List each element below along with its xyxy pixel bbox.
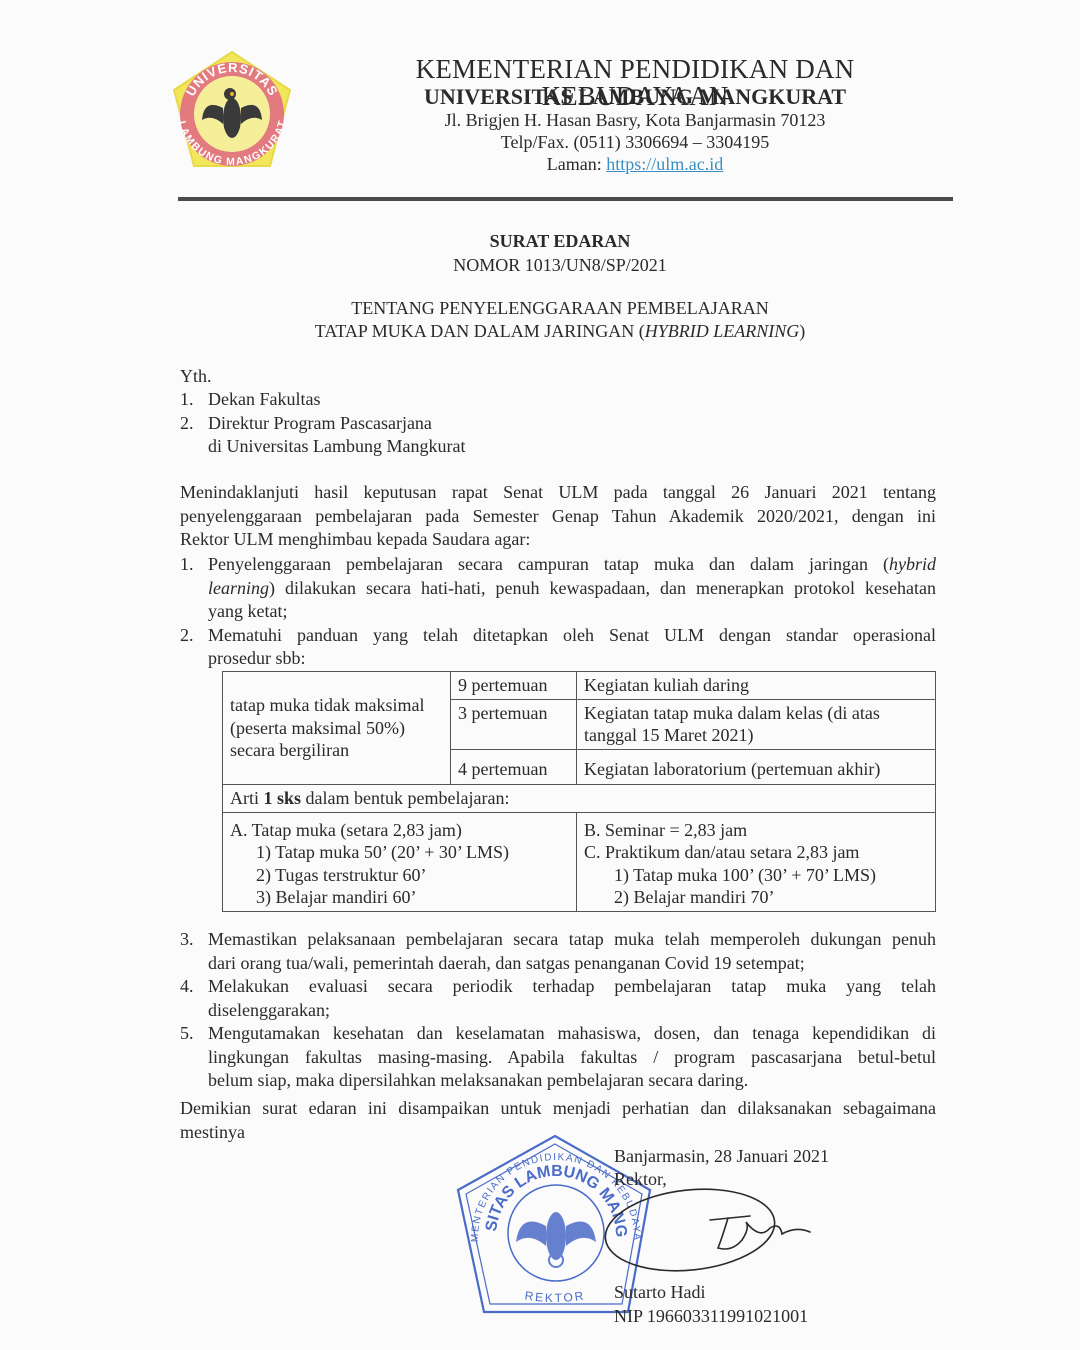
recipient-item: 2.Direktur Program Pascasarjana — [180, 412, 465, 436]
svg-text:REKTOR: REKTOR — [524, 1288, 586, 1305]
meetings-cell: 4 pertemuan — [451, 749, 577, 785]
university-logo: UNIVERSITAS LAMBUNG MANGKURAT — [168, 48, 296, 176]
table-row: A. Tatap muka (setara 2,83 jam) 1) Tatap… — [223, 812, 936, 911]
instruction-list-a: 1. Penyelenggaraan pembelajaran secara c… — [180, 553, 936, 671]
university-phone: Telp/Fax. (0511) 3306694 – 3304195 — [320, 133, 950, 151]
signer-info: Sutarto Hadi NIP 196603311991021001 — [614, 1281, 808, 1328]
meetings-cell: 3 pertemuan — [451, 699, 577, 749]
activity-cell: Kegiatan kuliah daring — [577, 672, 936, 700]
sks-header-cell: Arti 1 sks dalam bentuk pembelajaran: — [223, 785, 936, 813]
table-row: tatap muka tidak maksimal (peserta maksi… — [223, 672, 936, 700]
recipient-item: 1.Dekan Fakultas — [180, 388, 465, 412]
signer-nip: NIP 196603311991021001 — [614, 1305, 808, 1329]
place-date: Banjarmasin, 28 Januari 2021 — [614, 1145, 829, 1168]
letterhead-divider — [178, 197, 953, 201]
university-address: Jl. Brigjen H. Hasan Basry, Kota Banjarm… — [320, 111, 950, 129]
activity-cell: Kegiatan laboratorium (pertemuan akhir) — [577, 749, 936, 785]
signer-name: Sutarto Hadi — [614, 1281, 808, 1305]
website-link[interactable]: https://ulm.ac.id — [606, 154, 723, 174]
signature-icon — [600, 1178, 830, 1288]
handwritten-signature — [600, 1178, 830, 1288]
recipient-list: 1.Dekan Fakultas 2.Direktur Program Pasc… — [180, 388, 465, 459]
instruction-item: 3. Memastikan pelaksanaan pembelajaran s… — [180, 928, 936, 975]
document-number: NOMOR 1013/UN8/SP/2021 — [180, 256, 940, 274]
subject-line-2: TATAP MUKA DAN DALAM JARINGAN (HYBRID LE… — [180, 322, 940, 340]
procedure-table: tatap muka tidak maksimal (peserta maksi… — [222, 671, 936, 912]
instruction-item: 5. Mengutamakan kesehatan dan keselamata… — [180, 1022, 936, 1093]
university-name: UNIVERSITAS LAMBUNG MANGKURAT — [320, 86, 950, 108]
salutation: Yth. — [180, 365, 212, 389]
sks-right-cell: B. Seminar = 2,83 jam C. Praktikum dan/a… — [577, 812, 936, 911]
instruction-list-b: 3. Memastikan pelaksanaan pembelajaran s… — [180, 928, 936, 1093]
table-row: Arti 1 sks dalam bentuk pembelajaran: — [223, 785, 936, 813]
instruction-item: 4. Melakukan evaluasi secara periodik te… — [180, 975, 936, 1022]
website-label: Laman: — [547, 154, 606, 174]
university-emblem-icon: UNIVERSITAS LAMBUNG MANGKURAT — [168, 48, 296, 176]
sks-left-cell: A. Tatap muka (setara 2,83 jam) 1) Tatap… — [223, 812, 577, 911]
recipient-item: di Universitas Lambung Mangkurat — [180, 435, 465, 459]
intro-paragraph: Menindaklanjuti hasil keputusan rapat Se… — [180, 481, 936, 552]
university-website: Laman: https://ulm.ac.id — [320, 155, 950, 173]
activity-cell: Kegiatan tatap muka dalam kelas (di atas… — [577, 699, 936, 749]
subject-line-1: TENTANG PENYELENGGARAAN PEMBELAJARAN — [180, 299, 940, 317]
mode-label-cell: tatap muka tidak maksimal (peserta maksi… — [223, 672, 451, 785]
instruction-item: 2. Mematuhi panduan yang telah ditetapka… — [180, 624, 936, 671]
document-type: SURAT EDARAN — [180, 232, 940, 250]
instruction-item: 1. Penyelenggaraan pembelajaran secara c… — [180, 553, 936, 624]
meetings-cell: 9 pertemuan — [451, 672, 577, 700]
